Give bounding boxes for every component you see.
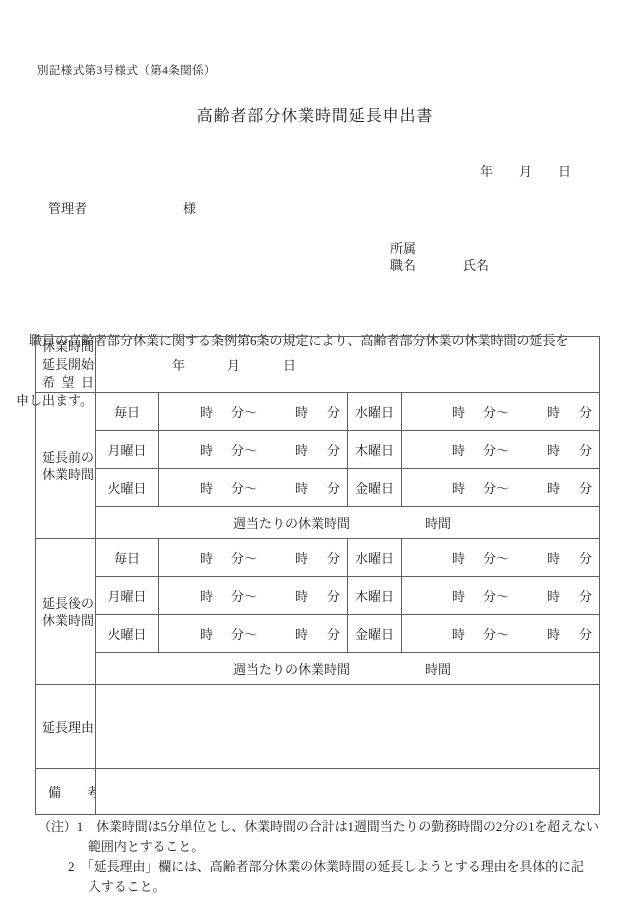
hour-unit: 時	[452, 440, 465, 459]
hours-unit: 時間	[425, 659, 451, 678]
weekly-total-label: 週当たりの休業時間	[233, 659, 350, 678]
time-range-cell: 時分～時分	[159, 577, 348, 615]
before-extension-label-cell: 延長前の 休業時間	[36, 393, 96, 539]
table-row: 延長理由	[36, 685, 600, 769]
hour-unit: 時	[295, 586, 308, 605]
start-date-label-line: 休業時間	[42, 338, 95, 356]
start-date-blanks: 年 月 日	[96, 355, 599, 374]
minute-tilde-unit: 分～	[231, 478, 257, 497]
time-range-cell: 時分～時分	[402, 469, 600, 507]
minute-tilde-unit: 分～	[231, 548, 257, 567]
minute-tilde-unit: 分～	[483, 586, 509, 605]
position-label: 職名	[390, 258, 416, 273]
after-extension-label-cell: 延長後の 休業時間	[36, 539, 96, 685]
remarks-blank-cell	[96, 769, 600, 815]
time-range-cell: 時分～時分	[402, 615, 600, 653]
weekly-total-line: 週当たりの休業時間 時間	[96, 659, 599, 678]
remarks-label-cell: 備 考	[36, 769, 96, 815]
time-range-cell: 時分～時分	[402, 431, 600, 469]
time-range-cell: 時分～時分	[159, 469, 348, 507]
table-row: 週当たりの休業時間 時間	[36, 653, 600, 685]
time-range-blanks: 時分～時分	[402, 440, 599, 459]
minute-unit: 分	[327, 586, 340, 605]
form-id-note: 別記様式第3号様式（第4条関係）	[37, 62, 216, 78]
weekly-total-cell: 週当たりの休業時間 時間	[96, 653, 600, 685]
minute-tilde-unit: 分～	[483, 402, 509, 421]
time-range-blanks: 時分～時分	[159, 624, 347, 643]
month-unit: 月	[227, 355, 240, 374]
hour-unit: 時	[295, 548, 308, 567]
time-range-cell: 時分～時分	[402, 393, 600, 431]
minute-unit: 分	[327, 440, 340, 459]
minute-unit: 分	[327, 548, 340, 567]
footnote-line: 2 「延長理由」欄には、高齢者部分休業の休業時間の延長しようとする理由を具体的に…	[68, 856, 584, 875]
time-range-cell: 時分～時分	[402, 539, 600, 577]
minute-unit: 分	[327, 478, 340, 497]
weekly-total-label: 週当たりの休業時間	[233, 513, 350, 532]
day-cell: 木曜日	[348, 577, 402, 615]
hour-unit: 時	[295, 402, 308, 421]
hour-unit: 時	[200, 440, 213, 459]
minute-unit: 分	[579, 586, 592, 605]
time-range-blanks: 時分～時分	[402, 402, 599, 421]
block-label-line: 休業時間	[42, 466, 95, 483]
time-range-blanks: 時分～時分	[159, 586, 347, 605]
day-cell: 毎日	[96, 393, 159, 431]
hours-unit: 時間	[425, 513, 451, 532]
start-date-value-cell: 年 月 日	[96, 337, 600, 393]
day-unit: 日	[283, 355, 296, 374]
time-range-cell: 時分～時分	[159, 539, 348, 577]
hour-unit: 時	[452, 548, 465, 567]
minute-tilde-unit: 分～	[231, 624, 257, 643]
table-row: 週当たりの休業時間 時間	[36, 507, 600, 539]
minute-unit: 分	[579, 402, 592, 421]
day-cell: 水曜日	[348, 539, 402, 577]
minute-tilde-unit: 分～	[231, 402, 257, 421]
block-label-line: 延長後の	[42, 595, 95, 612]
time-range-blanks: 時分～時分	[402, 478, 599, 497]
hour-unit: 時	[547, 440, 560, 459]
minute-unit: 分	[327, 402, 340, 421]
time-range-blanks: 時分～時分	[159, 402, 347, 421]
application-table: 休業時間 延長開始 希 望 日 年 月 日 延長前の 休業時間 毎日 時分～時分…	[35, 336, 600, 815]
hour-unit: 時	[295, 478, 308, 497]
hour-unit: 時	[452, 586, 465, 605]
minute-tilde-unit: 分～	[231, 586, 257, 605]
minute-tilde-unit: 分～	[483, 624, 509, 643]
block-label-line: 延長前の	[42, 449, 95, 466]
hour-unit: 時	[200, 624, 213, 643]
footnote-line: （注）1 休業時間は5分単位とし、休業時間の合計は1週間当たりの勤務時間の2分の…	[38, 816, 599, 835]
table-row: 火曜日 時分～時分 金曜日 時分～時分	[36, 469, 600, 507]
hour-unit: 時	[295, 624, 308, 643]
hour-unit: 時	[200, 548, 213, 567]
hour-unit: 時	[200, 402, 213, 421]
time-range-blanks: 時分～時分	[159, 548, 347, 567]
hour-unit: 時	[547, 478, 560, 497]
time-range-blanks: 時分～時分	[402, 586, 599, 605]
minute-tilde-unit: 分～	[483, 478, 509, 497]
document-page: { "page": { "form_id": "別記様式第3号様式（第4条関係）…	[0, 0, 630, 903]
year-unit: 年	[172, 355, 185, 374]
start-date-label-line: 延長開始	[42, 356, 95, 374]
table-row: 備 考	[36, 769, 600, 815]
time-range-blanks: 時分～時分	[402, 624, 599, 643]
hour-unit: 時	[547, 586, 560, 605]
day-cell: 水曜日	[348, 393, 402, 431]
minute-tilde-unit: 分～	[483, 440, 509, 459]
start-date-label-cell: 休業時間 延長開始 希 望 日	[36, 337, 96, 393]
addressee-line: 管理者様	[48, 198, 196, 217]
day-cell: 月曜日	[96, 577, 159, 615]
day-cell: 火曜日	[96, 615, 159, 653]
hour-unit: 時	[452, 478, 465, 497]
table-row: 月曜日 時分～時分 木曜日 時分～時分	[36, 577, 600, 615]
time-range-blanks: 時分～時分	[159, 440, 347, 459]
table-row: 月曜日 時分～時分 木曜日 時分～時分	[36, 431, 600, 469]
minute-unit: 分	[579, 624, 592, 643]
minute-unit: 分	[579, 440, 592, 459]
block-label-line: 休業時間	[42, 612, 95, 629]
document-title: 高齢者部分休業時間延長申出書	[0, 103, 630, 126]
reason-blank-cell	[96, 685, 600, 769]
weekly-total-cell: 週当たりの休業時間 時間	[96, 507, 600, 539]
hour-unit: 時	[547, 402, 560, 421]
hour-unit: 時	[452, 624, 465, 643]
table-row: 火曜日 時分～時分 金曜日 時分～時分	[36, 615, 600, 653]
minute-tilde-unit: 分～	[231, 440, 257, 459]
weekly-total-line: 週当たりの休業時間 時間	[96, 513, 599, 532]
table-row: 休業時間 延長開始 希 望 日 年 月 日	[36, 337, 600, 393]
hour-unit: 時	[547, 624, 560, 643]
addressee-label: 管理者	[48, 201, 87, 216]
footnote-line: 範囲内とすること。	[88, 836, 204, 855]
table-row: 延長後の 休業時間 毎日 時分～時分 水曜日 時分～時分	[36, 539, 600, 577]
hour-unit: 時	[547, 548, 560, 567]
minute-tilde-unit: 分～	[483, 548, 509, 567]
submission-date-line: 年 月 日	[480, 161, 571, 180]
start-date-label-line: 希 望 日	[42, 374, 94, 392]
hour-unit: 時	[200, 586, 213, 605]
time-range-cell: 時分～時分	[159, 431, 348, 469]
time-range-cell: 時分～時分	[159, 615, 348, 653]
hour-unit: 時	[295, 440, 308, 459]
minute-unit: 分	[327, 624, 340, 643]
footnote-line: 入すること。	[88, 876, 165, 895]
hour-unit: 時	[452, 402, 465, 421]
minute-unit: 分	[579, 478, 592, 497]
time-range-cell: 時分～時分	[159, 393, 348, 431]
time-range-blanks: 時分～時分	[159, 478, 347, 497]
hour-unit: 時	[200, 478, 213, 497]
reason-label-cell: 延長理由	[36, 685, 96, 769]
position-name-line: 職名氏名	[390, 255, 489, 274]
day-cell: 木曜日	[348, 431, 402, 469]
day-cell: 金曜日	[348, 615, 402, 653]
addressee-honorific: 様	[183, 201, 196, 216]
day-cell: 金曜日	[348, 469, 402, 507]
day-cell: 月曜日	[96, 431, 159, 469]
day-cell: 火曜日	[96, 469, 159, 507]
time-range-cell: 時分～時分	[402, 577, 600, 615]
table-row: 延長前の 休業時間 毎日 時分～時分 水曜日 時分～時分	[36, 393, 600, 431]
name-label: 氏名	[463, 258, 489, 273]
day-cell: 毎日	[96, 539, 159, 577]
minute-unit: 分	[579, 548, 592, 567]
time-range-blanks: 時分～時分	[402, 548, 599, 567]
